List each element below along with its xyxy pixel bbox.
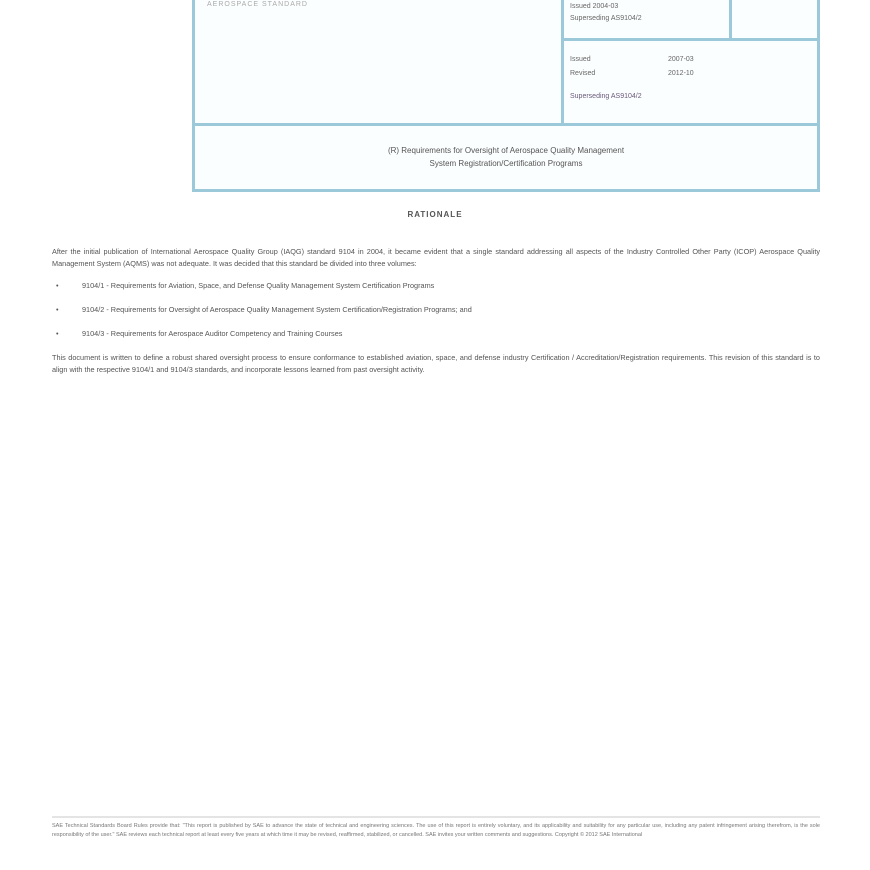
header-info-cell: Issued 2004-03 Superseding AS9104/2: [564, 0, 732, 38]
list-item-text: 9104/2 - Requirements for Oversight of A…: [82, 304, 472, 316]
revised-label: Revised: [570, 67, 668, 81]
volume-list: • 9104/1 - Requirements for Aviation, Sp…: [52, 280, 820, 340]
rationale-heading: RATIONALE: [0, 210, 870, 219]
bullet-icon: •: [52, 328, 82, 340]
header-info-line: Superseding AS9104/2: [570, 13, 723, 25]
title-line: System Registration/Certification Progra…: [195, 157, 817, 170]
issued-label: Issued: [570, 53, 668, 67]
rationale-intro: After the initial publication of Interna…: [52, 246, 820, 270]
header-info-top: Issued 2004-03 Superseding AS9104/2: [564, 0, 817, 41]
list-item: • 9104/3 - Requirements for Aerospace Au…: [52, 328, 820, 340]
title-line: (R) Requirements for Oversight of Aerosp…: [195, 144, 817, 157]
bullet-icon: •: [52, 280, 82, 292]
header-dates: Issued 2007-03 Revised 2012-10 Supersedi…: [564, 41, 817, 123]
document-header-box: AEROSPACE STANDARD Issued 2004-03 Supers…: [192, 0, 820, 192]
revised-date: 2012-10: [668, 67, 694, 81]
revised-row: Revised 2012-10: [570, 67, 811, 81]
list-item-text: 9104/3 - Requirements for Aerospace Audi…: [82, 328, 342, 340]
issued-row: Issued 2007-03: [570, 53, 811, 67]
list-item: • 9104/2 - Requirements for Oversight of…: [52, 304, 820, 316]
list-item-text: 9104/1 - Requirements for Aviation, Spac…: [82, 280, 434, 292]
header-info-panel: Issued 2004-03 Superseding AS9104/2 Issu…: [561, 0, 817, 123]
rationale-body: After the initial publication of Interna…: [52, 246, 820, 386]
superseding-text: Superseding AS9104/2: [570, 93, 811, 100]
header-info-line: Issued 2004-03: [570, 1, 723, 13]
header-logo-area: AEROSPACE STANDARD: [195, 0, 561, 123]
page-footer: SAE Technical Standards Board Rules prov…: [52, 816, 820, 840]
list-item: • 9104/1 - Requirements for Aviation, Sp…: [52, 280, 820, 292]
header-top-text: AEROSPACE STANDARD: [207, 1, 308, 8]
bullet-icon: •: [52, 304, 82, 316]
issued-date: 2007-03: [668, 53, 694, 67]
rationale-closing: This document is written to define a rob…: [52, 352, 820, 376]
document-title: (R) Requirements for Oversight of Aerosp…: [195, 123, 817, 189]
